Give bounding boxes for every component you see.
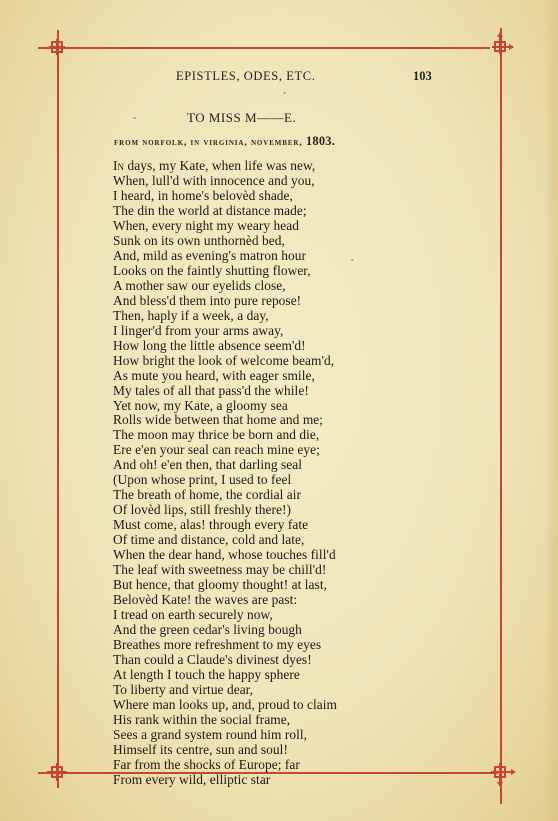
poem-line: Sees a grand system round him roll, [113, 727, 337, 742]
page-number: 103 [413, 69, 432, 84]
poem-line: When, lull'd with innocence and you, [113, 173, 337, 188]
poem-line: To liberty and virtue dear, [113, 682, 337, 697]
poem-line: And oh! e'en then, that darling seal [113, 457, 337, 472]
subtitle-year: 1803. [306, 134, 335, 148]
poem-line: Of time and distance, cold and late, [113, 532, 337, 547]
poem-line: A mother saw our eyelids close, [113, 278, 337, 293]
poem-line: Himself its centre, sun and soul! [113, 742, 337, 757]
poem-line: Must come, alas! through every fate [113, 517, 337, 532]
poem-subtitle: from norfolk, in virginia, november, 180… [114, 134, 335, 149]
first-line-rest: days, my Kate, when life was new, [124, 158, 315, 173]
poem-line: Where man looks up, and, proud to claim [113, 697, 337, 712]
poem-line: The leaf with sweetness may be chill'd! [113, 562, 337, 577]
poem-line: Ere e'en your seal can reach mine eye; [113, 442, 337, 457]
poem-line: In days, my Kate, when life was new, [113, 158, 337, 173]
border-top [38, 47, 490, 49]
poem-line: Then, haply if a week, a day, [113, 308, 337, 323]
poem-line: Breathes more refreshment to my eyes [113, 637, 337, 652]
poem-line: But hence, that gloomy thought! at last, [113, 577, 337, 592]
poem-line: When the dear hand, whose touches fill'd [113, 547, 337, 562]
paper-speck [283, 92, 286, 94]
corner-ornament-bottom-left-icon [43, 758, 71, 786]
poem-line: The breath of home, the cordial air [113, 487, 337, 502]
first-word-small-caps: In [113, 158, 124, 173]
poem-line: And the green cedar's living bough [113, 622, 337, 637]
corner-ornament-bottom-right-icon [488, 759, 516, 787]
border-right [500, 28, 502, 804]
poem-line: The din the world at distance made; [113, 203, 337, 218]
poem-line: And, mild as evening's matron hour [113, 248, 337, 263]
poem-title: TO MISS M——E. [187, 110, 296, 126]
poem-line: His rank within the social frame, [113, 712, 337, 727]
border-left [57, 30, 59, 788]
poem-line: Yet now, my Kate, a gloomy sea [113, 398, 337, 413]
poem-line: Looks on the faintly shutting flower, [113, 263, 337, 278]
page-edge-shadow [544, 0, 558, 821]
poem-line: Far from the shocks of Europe; far [113, 757, 337, 772]
poem-line: At length I touch the happy sphere [113, 667, 337, 682]
poem-line: Of lovèd lips, still freshly there!) [113, 502, 337, 517]
poem-line: I tread on earth securely now, [113, 607, 337, 622]
poem-line: Than could a Claude's divinest dyes! [113, 652, 337, 667]
poem-line: From every wild, elliptic star [113, 772, 337, 787]
poem-line: The moon may thrice be born and die, [113, 427, 337, 442]
corner-ornament-top-left-icon [43, 33, 71, 61]
poem-line: As mute you heard, with eager smile, [113, 368, 337, 383]
poem-line: (Upon whose print, I used to feel [113, 472, 337, 487]
corner-ornament-top-right-icon [486, 32, 514, 60]
poem-line: I linger'd from your arms away, [113, 323, 337, 338]
poem-line: How bright the look of welcome beam'd, [113, 353, 337, 368]
poem-line: Rolls wide between that home and me; [113, 412, 337, 427]
paper-speck [133, 117, 136, 119]
poem-line: I heard, in home's belovèd shade, [113, 188, 337, 203]
running-head: EPISTLES, ODES, ETC. [176, 69, 315, 84]
poem-line: Sunk on its own unthornèd bed, [113, 233, 337, 248]
poem-line: When, every night my weary head [113, 218, 337, 233]
paper-speck [351, 259, 354, 261]
subtitle-place: from norfolk, in virginia, november, [114, 138, 306, 148]
poem-line: My tales of all that pass'd the while! [113, 383, 337, 398]
poem-line: Belovèd Kate! the waves are past: [113, 592, 337, 607]
poem-line: How long the little absence seem'd! [113, 338, 337, 353]
poem-body: In days, my Kate, when life was new, Whe… [113, 158, 337, 787]
poem-line: And bless'd them into pure repose! [113, 293, 337, 308]
